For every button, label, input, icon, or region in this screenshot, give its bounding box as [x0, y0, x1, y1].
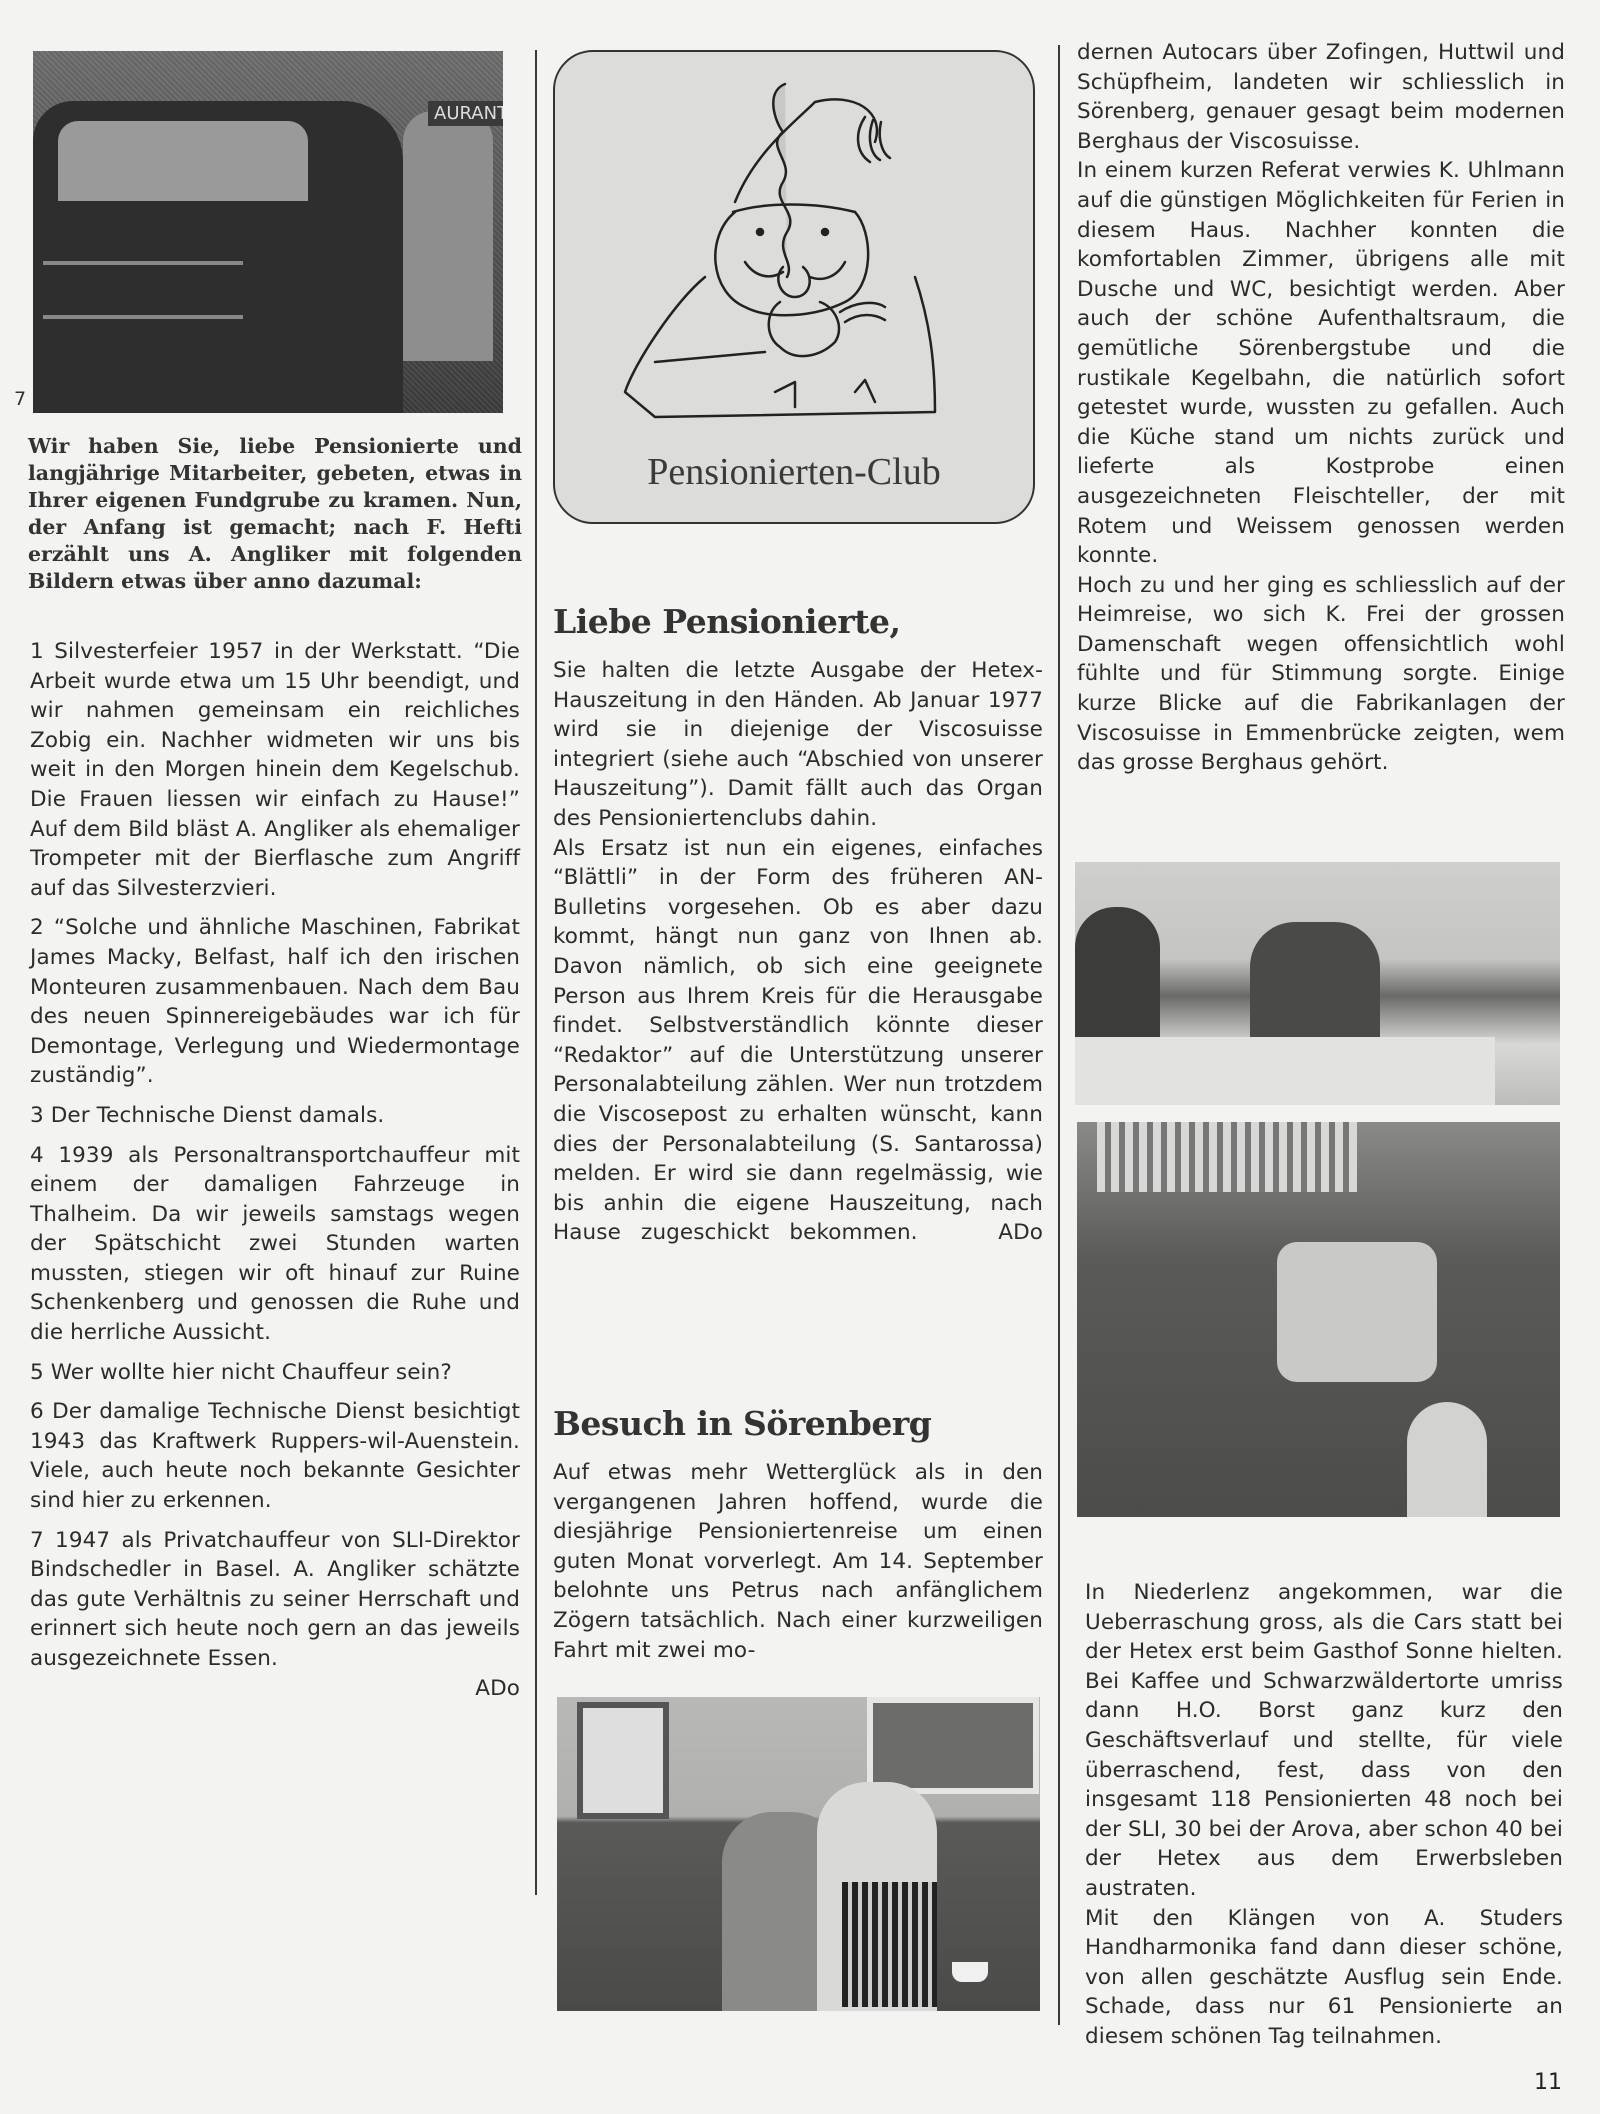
article1-paragraph-2-text: Als Ersatz ist nun ein eigenes, einfache…: [553, 836, 1043, 1246]
caption-1: 1 Silvesterfeier 1957 in der Werkstatt. …: [30, 637, 520, 903]
column-divider-right: [1058, 45, 1060, 2025]
photo-banquet-table: [1075, 862, 1560, 1105]
page-number: 11: [1534, 2070, 1562, 2095]
car-windshield: [58, 121, 308, 201]
right-paragraph-2: In einem kurzen Referat verwies K. Uhlma…: [1077, 156, 1565, 570]
car-grille: [43, 261, 243, 319]
curtains: [1097, 1122, 1357, 1192]
intro-text: Wir haben Sie, liebe Pensionierte und la…: [28, 433, 522, 595]
caption-6: 6 Der damalige Technische Dienst besicht…: [30, 1397, 520, 1515]
article1-paragraph-2: Als Ersatz ist nun ein eigenes, einfache…: [553, 834, 1043, 1248]
caption-7: 7 1947 als Privatchauffeur von SLI-Direk…: [30, 1526, 520, 1674]
photo-dining-hall: [1077, 1122, 1560, 1517]
wall-cabinet: [577, 1702, 669, 1819]
bald-man: [1407, 1402, 1487, 1517]
logo-caption: Pensionierten-Club: [555, 450, 1033, 494]
photo-number-label: 7: [14, 388, 26, 410]
article-heading-liebe-pensionierte: Liebe Pensionierte,: [553, 602, 1043, 642]
right-paragraph-1: dernen Autocars über Zofingen, Huttwil u…: [1077, 38, 1565, 156]
signature-article1: ADo: [998, 1220, 1043, 1245]
accordion: [842, 1882, 937, 2007]
signature-left: ADo: [30, 1674, 520, 1704]
restaurant-sign: AURANT: [428, 101, 503, 126]
photo-accordion-player: [557, 1697, 1040, 2011]
person-figure: [403, 111, 493, 361]
right-paragraph-4: In Niederlenz angekommen, war die Ueberr…: [1085, 1578, 1563, 1904]
article-heading-besuch-in-soerenberg: Besuch in Sörenberg: [553, 1404, 1043, 1444]
man-center: [1250, 922, 1380, 1037]
gnome-illustration-icon: [555, 62, 1037, 442]
column-divider-left: [535, 50, 537, 1895]
caption-2: 2 “Solche und ähnliche Maschinen, Fabrik…: [30, 913, 520, 1091]
photo-vintage-car: AURANT: [33, 51, 503, 413]
table-center: [1277, 1242, 1437, 1382]
caption-4: 4 1939 als Personaltransportchauffeur mi…: [30, 1141, 520, 1348]
article2-paragraph-1: Auf etwas mehr Wetterglück als in den ve…: [553, 1458, 1043, 1665]
right-paragraph-5: Mit den Klängen von A. Studers Handharmo…: [1085, 1904, 1563, 2052]
caption-5: 5 Wer wollte hier nicht Chauffeur sein?: [30, 1358, 520, 1388]
coffee-cup: [952, 1962, 988, 1982]
pensionierten-club-logo: Pensionierten-Club: [553, 50, 1035, 524]
right-paragraph-3: Hoch zu und her ging es schliesslich auf…: [1077, 571, 1565, 778]
article1-paragraph-1: Sie halten die letzte Ausgabe der Hetex-…: [553, 656, 1043, 834]
wall-picture: [867, 1697, 1039, 1794]
caption-3: 3 Der Technische Dienst damals.: [30, 1101, 520, 1131]
tablecloth: [1075, 1037, 1495, 1105]
